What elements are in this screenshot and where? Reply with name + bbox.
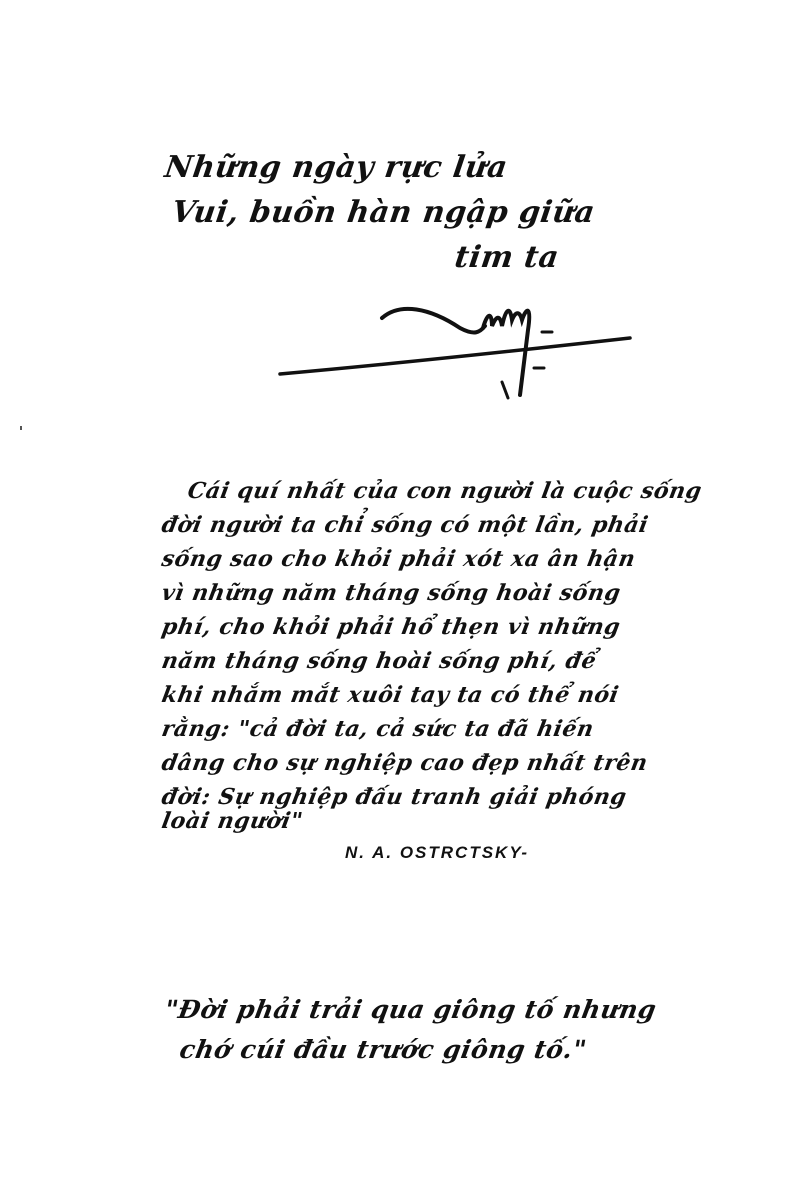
quote-line-2: đời người ta chỉ sống có một lần, phải xyxy=(160,512,651,538)
closing-quote-line-2: chớ cúi đầu trước giông tố." xyxy=(177,1035,589,1064)
quote-author: N. A. OSTRCTSKY- xyxy=(345,843,529,863)
signature-icon xyxy=(270,290,640,410)
quote-line-7: khi nhắm mắt xuôi tay ta có thể nói xyxy=(160,682,621,708)
poem-line-2: Vui, buồn hàn ngập giữa xyxy=(170,195,598,230)
quote-line-10: đời: Sự nghiệp đấu tranh giải phóng xyxy=(160,784,629,810)
quote-line-4: vì những năm tháng sống hoài sống xyxy=(160,580,623,606)
quote-line-8: rằng: "cả đời ta, cả sức ta đã hiến xyxy=(160,716,596,742)
closing-quote-line-1: "Đời phải trải qua giông tố nhưng xyxy=(162,995,658,1024)
quote-line-5: phí, cho khỏi phải hổ thẹn vì những xyxy=(160,614,623,640)
scan-speck xyxy=(20,426,22,430)
poem-line-1: Những ngày rực lửa xyxy=(163,150,510,185)
quote-line-11: loài người" xyxy=(160,808,305,834)
poem-line-3: tim ta xyxy=(453,240,562,275)
quote-line-3: sống sao cho khỏi phải xót xa ân hận xyxy=(160,546,638,572)
quote-line-1: Cái quí nhất của con người là cuộc sống xyxy=(186,478,704,504)
quote-line-9: dâng cho sự nghiệp cao đẹp nhất trên xyxy=(160,750,650,776)
quote-line-6: năm tháng sống hoài sống phí, để xyxy=(160,648,599,674)
